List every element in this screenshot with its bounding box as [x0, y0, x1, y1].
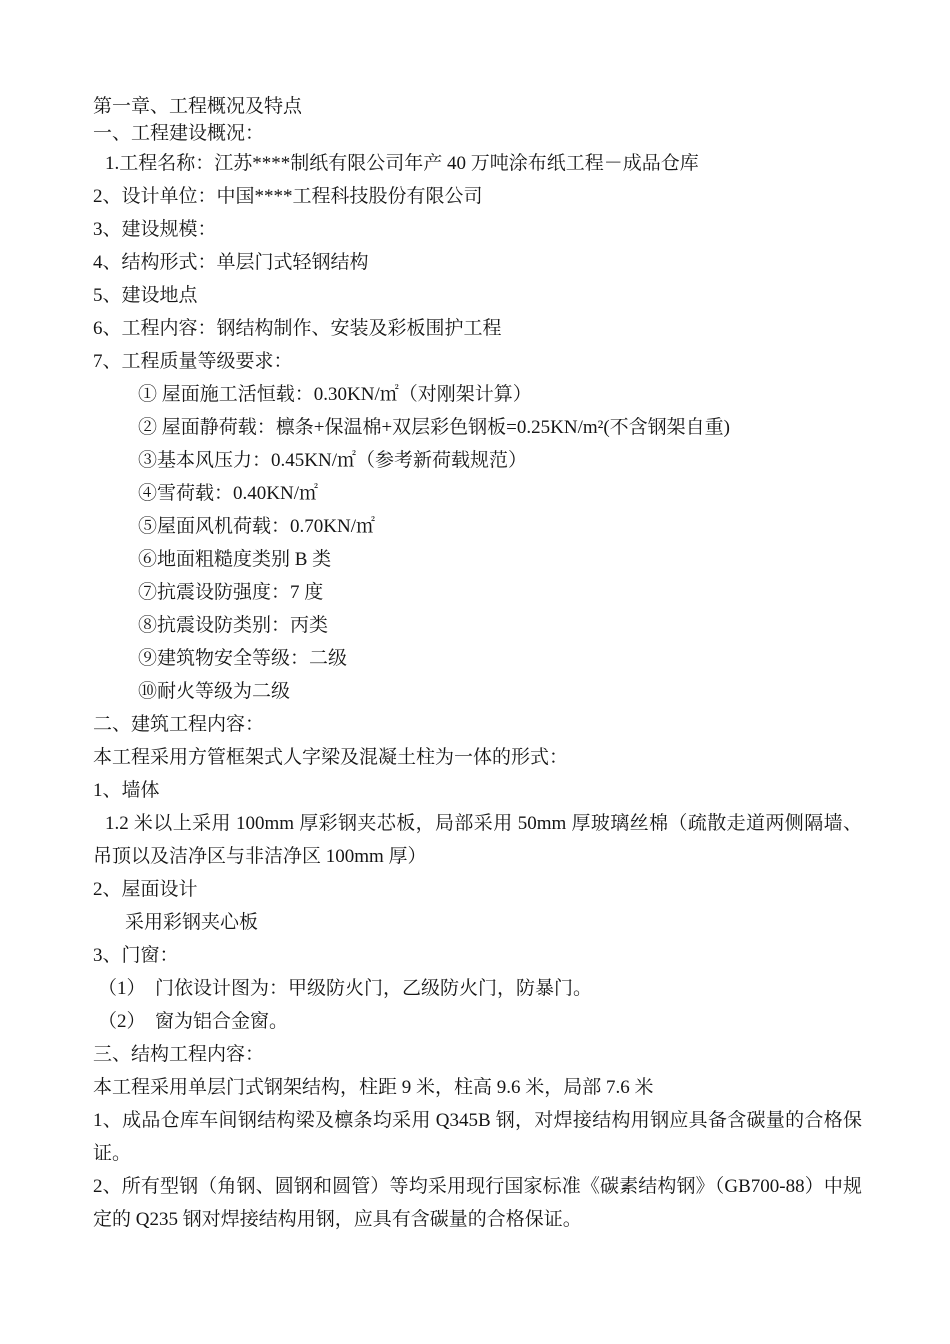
- quality-item-seismic-intensity: ⑦抗震设防强度：7 度: [93, 576, 862, 609]
- quality-item-fire-rating: ⑩耐火等级为二级: [93, 675, 862, 708]
- structure-type-line: 4、结构形式：单层门式轻钢结构: [93, 246, 862, 279]
- quality-item-seismic-category: ⑧抗震设防类别：丙类: [93, 609, 862, 642]
- section-architecture-heading: 二、建筑工程内容：: [93, 708, 862, 741]
- quality-item-snow-load: ④雪荷载：0.40KN/㎡: [93, 477, 862, 510]
- quality-item-roof-dead-load: ② 屋面静荷载：檩条+保温棉+双层彩色钢板=0.25KN/m²(不含钢架自重): [93, 411, 862, 444]
- project-scope-line: 6、工程内容：钢结构制作、安装及彩板围护工程: [93, 312, 862, 345]
- construction-site-line: 5、建设地点: [93, 279, 862, 312]
- section-structure-heading: 三、结构工程内容：: [93, 1038, 862, 1071]
- doors-windows-heading: 3、门窗：: [93, 939, 862, 972]
- quality-item-safety-grade: ⑨建筑物安全等级：二级: [93, 642, 862, 675]
- structure-item-steel-q345b: 1、成品仓库车间钢结构梁及檩条均采用 Q345B 钢，对焊接结构用钢应具备含碳量…: [93, 1104, 862, 1170]
- design-unit-line: 2、设计单位：中国****工程科技股份有限公司: [93, 180, 862, 213]
- wall-heading: 1、墙体: [93, 774, 862, 807]
- window-item: （2） 窗为铝合金窗。: [93, 1005, 862, 1038]
- construction-scale-line: 3、建设规模：: [93, 213, 862, 246]
- document-content: 第一章、工程概况及特点 一、工程建设概况： 1.工程名称：江苏****制纸有限公…: [0, 0, 950, 1236]
- wall-detail: 1.2 米以上采用 100mm 厚彩钢夹芯板，局部采用 50mm 厚玻璃丝棉（疏…: [93, 807, 862, 873]
- roof-heading: 2、屋面设计: [93, 873, 862, 906]
- chapter-title: 第一章、工程概况及特点: [93, 93, 862, 120]
- roof-detail: 采用彩钢夹心板: [93, 906, 862, 939]
- quality-item-ground-roughness: ⑥地面粗糙度类别 B 类: [93, 543, 862, 576]
- quality-item-roof-fan-load: ⑤屋面风机荷载：0.70KN/㎡: [93, 510, 862, 543]
- door-item: （1） 门依设计图为：甲级防火门，乙级防火门，防暴门。: [93, 972, 862, 1005]
- structure-item-steel-q235: 2、所有型钢（角钢、圆钢和圆管）等均采用现行国家标准《碳素结构钢》（GB700-…: [93, 1170, 862, 1236]
- architecture-intro: 本工程采用方管框架式人字梁及混凝土柱为一体的形式：: [93, 741, 862, 774]
- section-overview-heading: 一、工程建设概况：: [93, 120, 862, 147]
- quality-item-wind-pressure: ③基本风压力：0.45KN/㎡（参考新荷载规范）: [93, 444, 862, 477]
- quality-item-roof-live-load: ① 屋面施工活恒载：0.30KN/㎡（对刚架计算）: [93, 378, 862, 411]
- project-name-line: 1.工程名称：江苏****制纸有限公司年产 40 万吨涂布纸工程－成品仓库: [93, 147, 862, 180]
- document-page: 第一章、工程概况及特点 一、工程建设概况： 1.工程名称：江苏****制纸有限公…: [0, 0, 950, 1344]
- structure-intro: 本工程采用单层门式钢架结构，柱距 9 米，柱高 9.6 米，局部 7.6 米: [93, 1071, 862, 1104]
- quality-requirements-heading: 7、工程质量等级要求：: [93, 345, 862, 378]
